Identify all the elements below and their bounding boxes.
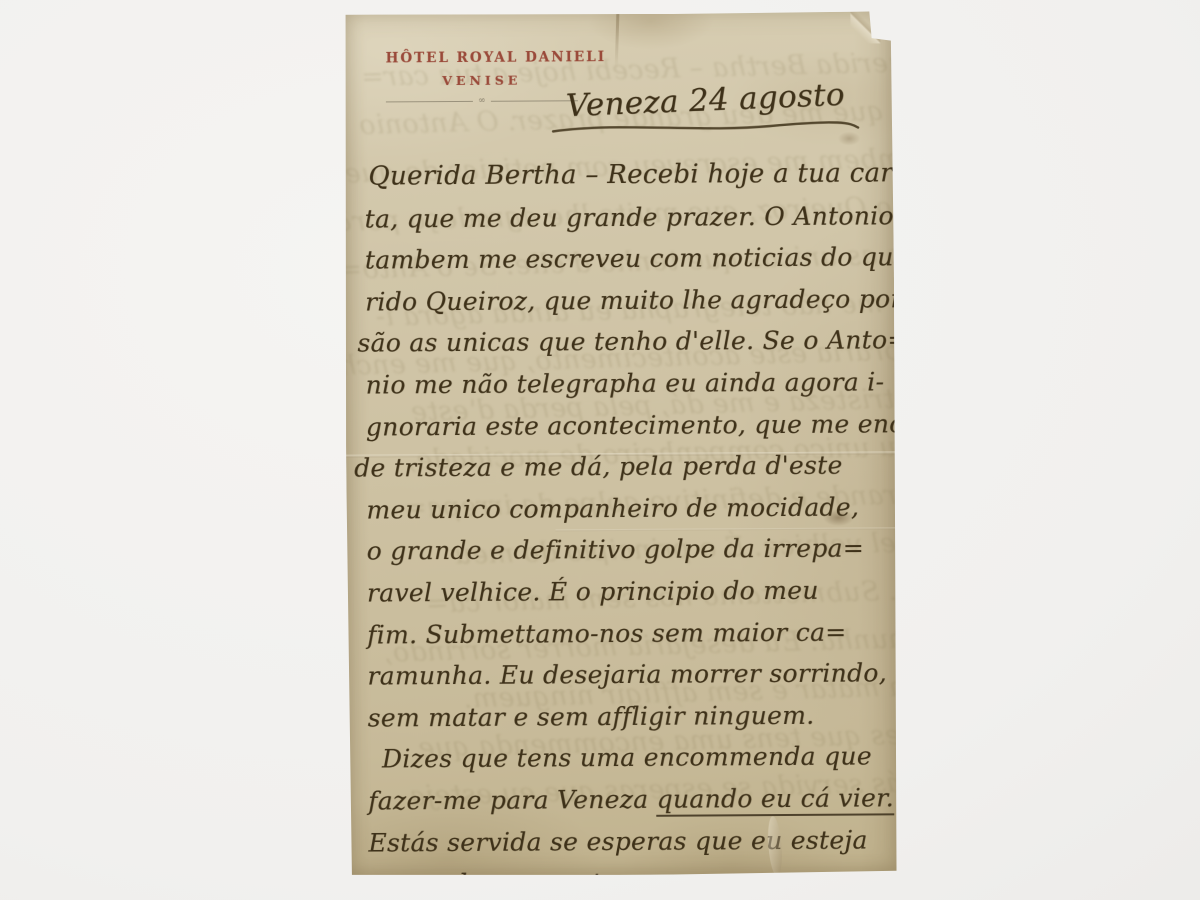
handwritten-line: sem matar e sem affligir ninguem.	[348, 694, 897, 739]
handwritten-line: o grande e definitivo golpe da irrepa=	[347, 528, 896, 573]
top-right-corner-fold	[850, 11, 880, 43]
handwritten-line: Estás servida se esperas que eu esteja	[348, 819, 897, 864]
handwritten-line: tambem me escreveu com noticias do que=	[345, 237, 894, 282]
handwritten-line: ramunha. Eu desejaria morrer sorrindo,	[347, 652, 896, 697]
handwritten-line: Dizes que tens uma encommenda que	[348, 736, 897, 781]
letter-paper: Querida Bertha – Recebi hoje a tua car= …	[343, 11, 897, 876]
handwritten-line: em alguma parte, para me encom=	[349, 860, 898, 876]
handwritten-line: rido Queiroz, que muito lhe agradeço por…	[345, 278, 894, 323]
divider-rule-left	[386, 101, 473, 103]
handwritten-line: ta, que me deu grande prazer. O Antonio	[344, 195, 893, 240]
letterhead-divider: ∞	[386, 96, 578, 106]
handwritten-line: de tristeza e me dá, pela perda d'este	[346, 444, 895, 489]
top-edge-crack	[615, 13, 620, 69]
letter-photograph: Querida Bertha – Recebi hoje a tua car= …	[0, 0, 1200, 900]
letterhead: HÔTEL ROYAL DANIELI VENISE ∞	[386, 49, 578, 106]
handwritten-line: fim. Submettamo-nos sem maior ca=	[347, 611, 896, 656]
letterhead-hotel-name: HÔTEL ROYAL DANIELI	[386, 49, 578, 66]
letterhead-city: VENISE	[386, 72, 578, 88]
handwritten-line: gnoraria este acontecimento, que me ench…	[346, 403, 895, 448]
handwritten-line: fazer-me para Veneza quando eu cá vier.	[348, 777, 897, 822]
handwritten-line: nio me não telegrapha eu ainda agora i-	[346, 361, 895, 406]
line-plain-part: fazer-me para Veneza	[368, 785, 657, 816]
handwritten-line: ravel velhice. É o principio do meu	[347, 569, 896, 614]
infinity-ornament-icon: ∞	[478, 97, 486, 106]
letter-body: Querida Bertha – Recebi hoje a tua car= …	[344, 153, 897, 876]
handwritten-line: Querida Bertha – Recebi hoje a tua car=	[344, 153, 893, 198]
handwritten-line: são as unicas que tenho d'elle. Se o Ant…	[345, 320, 894, 365]
handwritten-line: meu unico companheiro de mocidade,	[346, 486, 895, 531]
date-underline-stroke	[550, 118, 862, 138]
line-underlined-part: quando eu cá vier.	[657, 783, 894, 816]
